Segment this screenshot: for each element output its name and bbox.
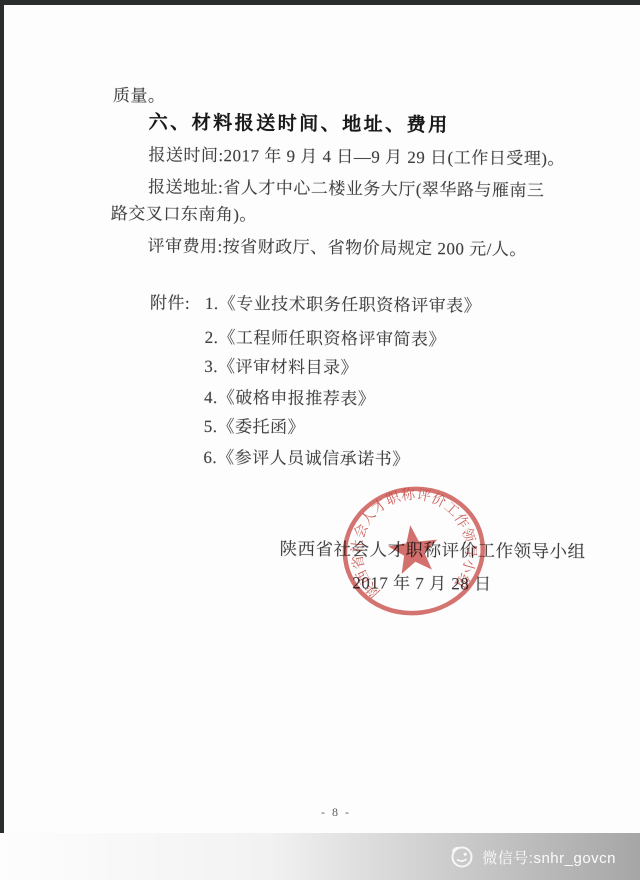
paragraph-quality: 质量。: [113, 86, 166, 106]
attachments-label: 附件:: [150, 293, 190, 312]
submission-time-line: 报送时间:2017 年 9 月 4 日—9 月 29 日(工作日受理)。: [148, 145, 565, 168]
seal-star-icon: [386, 522, 441, 575]
document-text-layer: 质量。 六、材料报送时间、地址、费用 报送时间:2017 年 9 月 4 日—9…: [0, 0, 640, 880]
official-red-seal: 陕西省社会人才职称评价工作领导小组: [327, 472, 501, 632]
attachment-item-1: 1.《专业技术职务任职资格评审表》: [205, 294, 481, 316]
submission-address-line-1: 报送地址:省人才中心二楼业务大厅(翠华路与雁南三: [148, 177, 545, 200]
footer-watermark-bar: 微信号:snhr_govcn: [0, 833, 640, 880]
wechat-profile-icon: [449, 845, 475, 869]
attachment-item-6: 6.《参评人员诚信承诺书》: [203, 448, 409, 469]
attachment-item-3: 3.《评审材料目录》: [204, 357, 358, 377]
wechat-watermark: 微信号:snhr_govcn: [449, 845, 616, 869]
review-fee-line: 评审费用:按省财政厅、省物价局规定 200 元/人。: [147, 236, 527, 259]
attachment-item-2: 2.《工程师任职资格评审简表》: [205, 328, 446, 349]
wechat-id-label: 微信号:snhr_govcn: [482, 847, 616, 868]
scanned-document-page: 质量。 六、材料报送时间、地址、费用 报送时间:2017 年 9 月 4 日—9…: [0, 0, 640, 880]
section-heading: 六、材料报送时间、地址、费用: [149, 113, 450, 135]
attachment-item-4: 4.《破格申报推荐表》: [204, 388, 375, 409]
submission-address-line-2: 路交叉口东南角)。: [111, 204, 257, 224]
attachment-item-5: 5.《委托函》: [204, 417, 305, 437]
page-number: - 8 -: [306, 805, 366, 820]
